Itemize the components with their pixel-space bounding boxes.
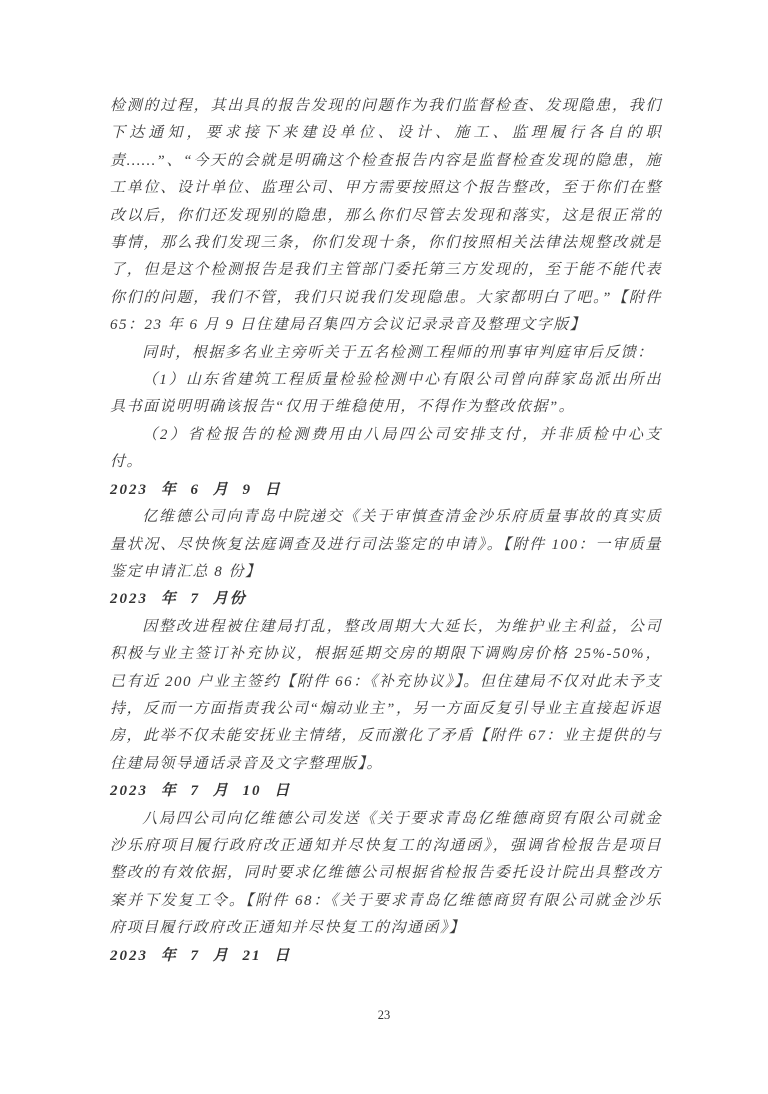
- page-number: 23: [0, 1008, 768, 1023]
- date-heading: 2023 年 7 月 10 日: [110, 778, 662, 805]
- document-page: 检测的过程，其出具的报告发现的问题作为我们监督检查、发现隐患，我们下达通知，要求…: [0, 0, 768, 1094]
- paragraph: （2）省检报告的检测费用由八局四公司安排支付，并非质检中心支付。: [110, 422, 662, 477]
- date-heading: 2023 年 7 月 21 日: [110, 943, 662, 970]
- paragraph: 因整改进程被住建局打乱，整改周期大大延长，为维护业主利益，公司积极与业主签订补充…: [110, 614, 662, 778]
- paragraph: 同时，根据多名业主旁听关于五名检测工程师的刑事审判庭审后反馈：: [110, 340, 662, 367]
- paragraph: 八局四公司向亿维德公司发送《关于要求青岛亿维德商贸有限公司就金沙乐府项目履行政府…: [110, 806, 662, 943]
- date-heading: 2023 年 6 月 9 日: [110, 477, 662, 504]
- date-heading: 2023 年 7 月份: [110, 586, 662, 613]
- paragraph: 检测的过程，其出具的报告发现的问题作为我们监督检查、发现隐患，我们下达通知，要求…: [110, 93, 662, 340]
- document-body: 检测的过程，其出具的报告发现的问题作为我们监督检查、发现隐患，我们下达通知，要求…: [110, 93, 662, 970]
- paragraph: （1）山东省建筑工程质量检验检测中心有限公司曾向薛家岛派出所出具书面说明明确该报…: [110, 367, 662, 422]
- paragraph: 亿维德公司向青岛中院递交《关于审慎查清金沙乐府质量事故的真实质量状况、尽快恢复法…: [110, 504, 662, 586]
